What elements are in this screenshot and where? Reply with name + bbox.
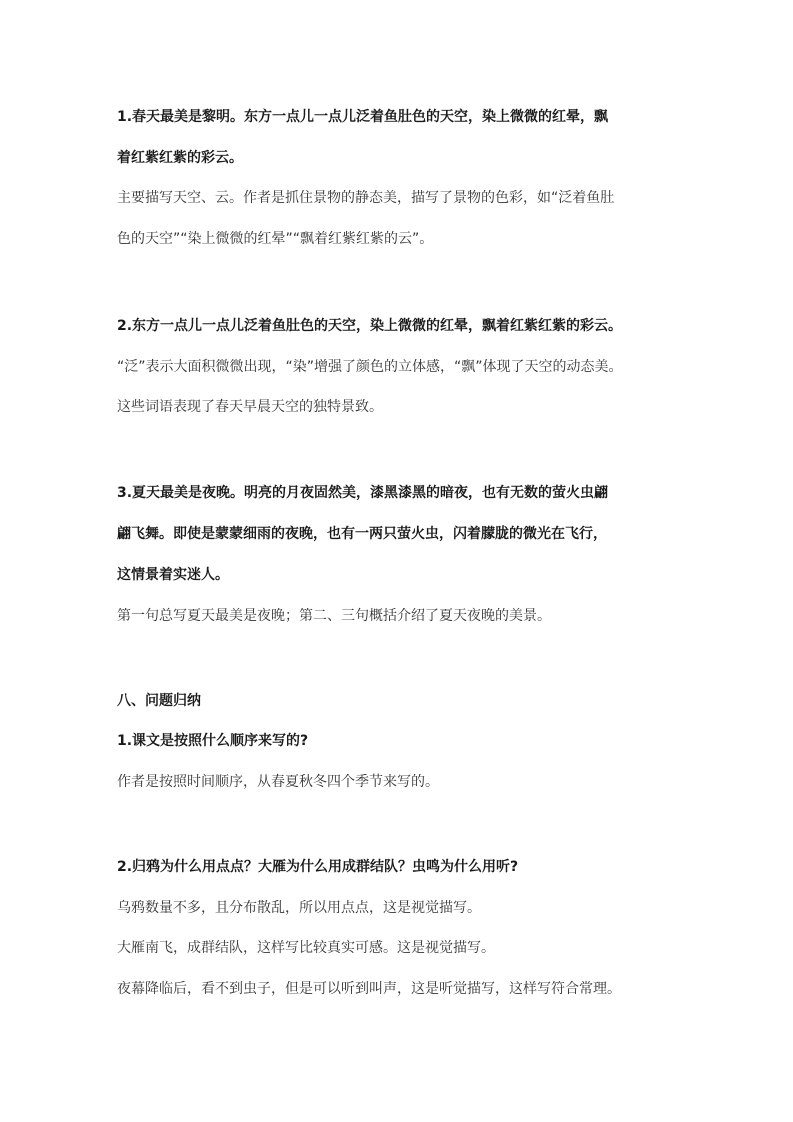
section-2-heading-line-1: 2.东方一点儿一点儿泛着鱼肚色的天空，染上微微的红晕，飘着红紫红紫的彩云。 (117, 316, 622, 336)
question-2: 2.归鸦为什么用点点？大雁为什么用成群结队？虫鸣为什么用听? (117, 857, 518, 877)
section-1-heading-line-2: 着红紫红紫的彩云。 (117, 148, 243, 168)
section-3-heading-line-3: 这情景着实迷人。 (117, 565, 229, 585)
section-3-body-line-1: 第一句总写夏天最美是夜晚；第二、三句概括介绍了夏天夜晚的美景。 (117, 606, 551, 626)
question-1-answer-1: 作者是按照时间顺序，从春夏秋冬四个季节来写的。 (117, 772, 439, 792)
section-1-body-line-1: 主要描写天空、云。作者是抓住景物的静态美，描写了景物的色彩，如“泛着鱼肚 (117, 188, 614, 208)
question-2-answer-1: 乌鸦数量不多，且分布散乱，所以用点点，这是视觉描写。 (117, 898, 481, 918)
chapter-title: 八、问题归纳 (117, 691, 201, 711)
section-1-heading-line-1: 1.春天最美是黎明。东方一点儿一点儿泛着鱼肚色的天空，染上微微的红晕，飘 (117, 107, 608, 127)
section-2-body-line-2: 这些词语表现了春天早晨天空的独特景致。 (117, 397, 383, 417)
section-3-heading-line-2: 翩飞舞。即使是蒙蒙细雨的夜晚，也有一两只萤火虫，闪着朦胧的微光在飞行， (117, 524, 607, 544)
question-2-answer-2: 大雁南飞，成群结队，这样写比较真实可感。这是视觉描写。 (117, 938, 495, 958)
question-1: 1.课文是按照什么顺序来写的? (117, 731, 308, 751)
section-1-body-line-2: 色的天空”“染上微微的红晕”“飘着红紫红紫的云”。 (117, 229, 433, 249)
question-2-answer-3: 夜幕降临后，看不到虫子，但是可以听到叫声，这是听觉描写，这样写符合常理。 (117, 979, 621, 999)
section-2-body-line-1: “泛”表示大面积微微出现，“染”增强了颜色的立体感，“飘”体现了天空的动态美。 (117, 357, 623, 377)
section-3-heading-line-1: 3.夏天最美是夜晚。明亮的月夜固然美，漆黑漆黑的暗夜，也有无数的萤火虫翩 (117, 483, 608, 503)
